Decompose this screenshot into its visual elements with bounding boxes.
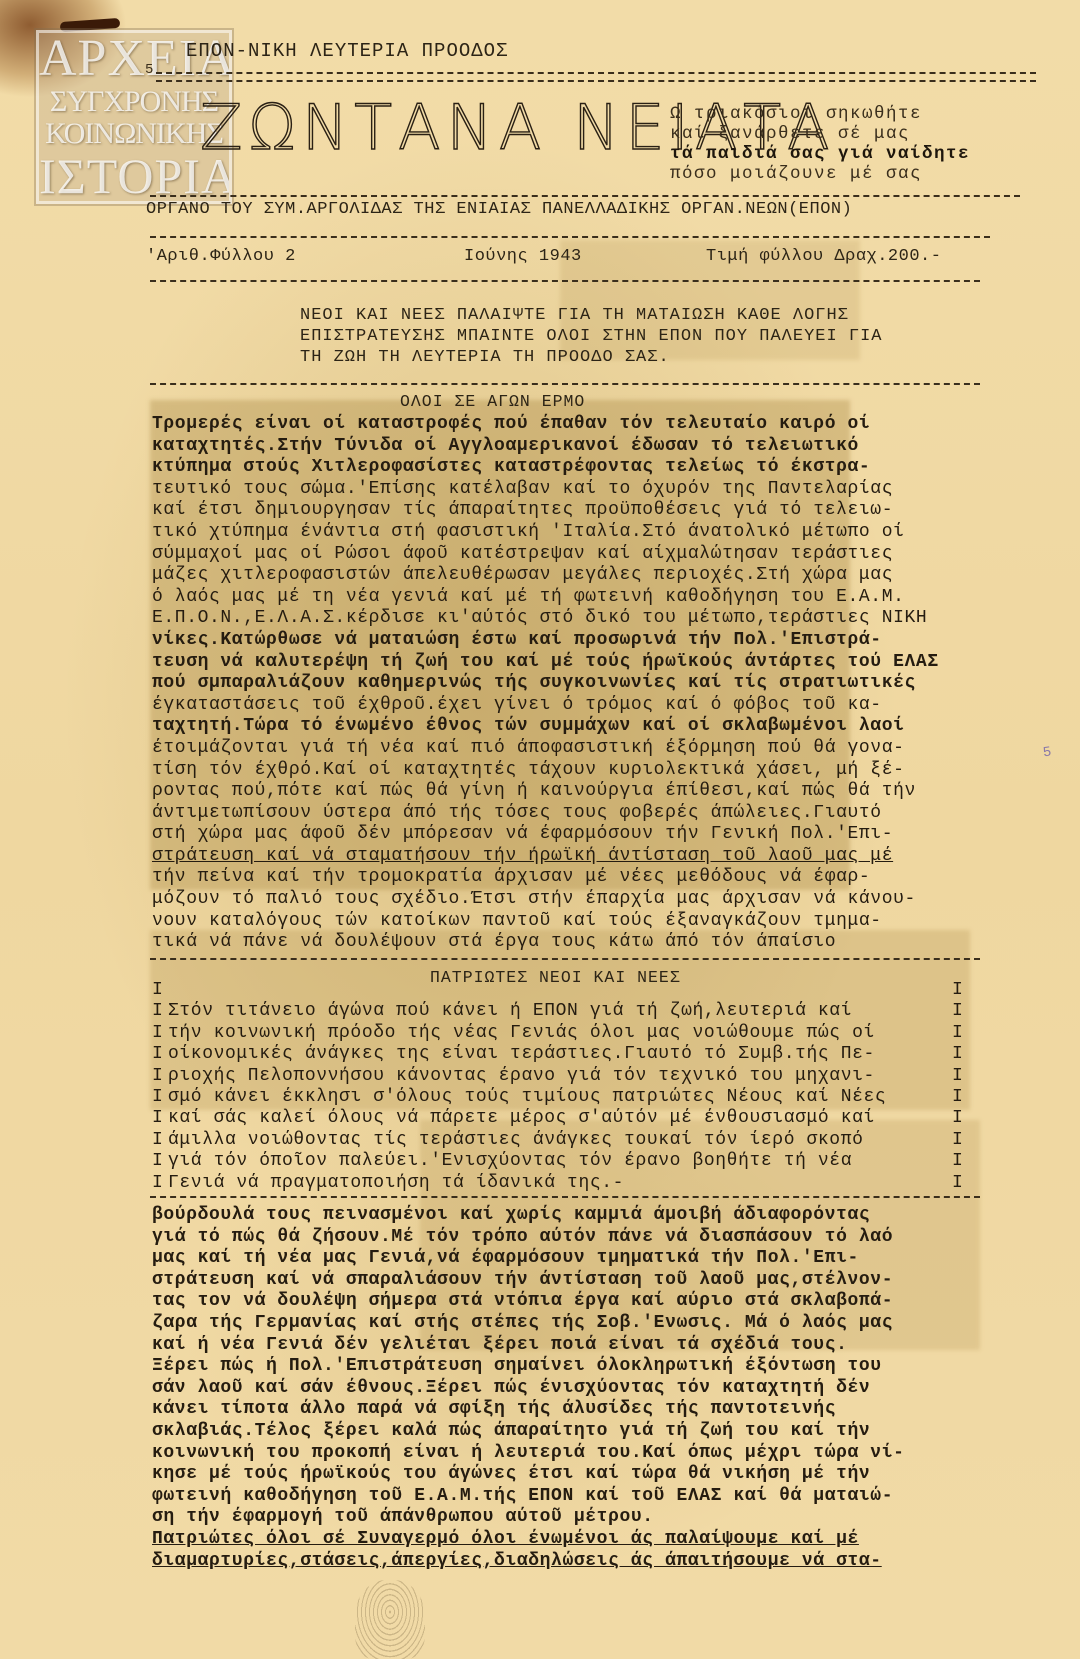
text-line: ταχτητή.Τώρα τό ένωμένο έθνος τών συμμάχ… (152, 716, 972, 738)
text-line: κτύπημα στούς Χιτλεροφασίστες καταστρέφο… (152, 457, 972, 479)
text-line: νίκες.Κατώρθωσε νά ματαιώση έστω καί προ… (152, 630, 972, 652)
box-border-char: I (152, 1087, 168, 1108)
headline-line: ΤΗ ΖΩΗ ΤΗ ΛΕΥΤΕΡΙΑ ΤΗ ΠΡΟΟΔΟ ΣΑΣ. (300, 347, 980, 368)
appeal-row: IΣτόν τιτάνειο άγώνα πού κάνει ή ΕΠΟΝ γι… (152, 1001, 972, 1022)
text-line: σκλαβιάς.Τέλος ξέρει καλά πώς άπαραίτητο… (152, 1421, 972, 1443)
text-line: τίση τόν έχθρό.Καί οί καταχτητές τάχουν … (152, 760, 972, 782)
box-border-char: I (152, 1044, 168, 1065)
text-line: τικό χτύπημα ένάντια στή φασιστική 'Ιταλ… (152, 522, 972, 544)
text-line: ζαρα τής Γερμανίας καί στής στέπες τής Σ… (152, 1313, 972, 1335)
text-line: φωτεινή καθοδήγηση τοῦ Ε.Α.Μ.τής ΕΠΟΝ κα… (152, 1486, 972, 1508)
text-line: νουν καταλόγους τών κατοίκων παντοῦ καί … (152, 911, 972, 933)
epigraph-line: καί ξανάρθετε σέ μας (670, 124, 970, 144)
page-number: 5 (145, 62, 153, 78)
text-line: ό λαός μας μέ τη νέα γενιά καί μέ τή φωτ… (152, 587, 972, 609)
text-line: μόζουν τό παλιό τους σχέδιο.Έτσι στήν έπ… (152, 889, 972, 911)
text-line: καί σάς καλεί όλους νά πάρετε μέρος σ'αύ… (168, 1108, 875, 1128)
article-body-continued: βούρδουλά τους πεινασμένοι καί χωρίς καμ… (152, 1205, 972, 1572)
box-border-char: I (952, 1173, 963, 1194)
box-border-char: I (152, 1001, 168, 1022)
epigraph-line: τά παιδιά σας γιά ναίδητε (670, 144, 970, 164)
text-line: έτοιμάζονται γιά τή νέα καί πιό άποφασισ… (152, 738, 972, 760)
epigraph-line: πόσο μοιάζουνε μέ σας (670, 164, 970, 184)
masthead-motto: ΕΠΟΝ-ΝΙΚΗ ΛΕΥΤΕΡΙΑ ΠΡΟΟΔΟΣ (186, 40, 508, 62)
text-line: μάζες χιτλεροφασιστών άπελευθέρωσαν μεγά… (152, 565, 972, 587)
text-line: ση τήν έφαρμογή τοῦ άπάνθρωπου αύτοῦ μέτ… (152, 1507, 972, 1529)
text-line: Γενιά νά πραγματοποιήση τά ίδανικά της.- (168, 1173, 624, 1193)
text-line: τήν πείνα καί τήν τρομοκρατία άρχισαν μέ… (152, 867, 972, 889)
text-line: σάν λαοῦ καί σάν έθνους.Ξέρει πώς ένισχύ… (152, 1378, 972, 1400)
text-line: κάνει τίποτα άλλο παρά νά σφίξη τής άλυσ… (152, 1399, 972, 1421)
text-line: καί ή νέα Γενιά δέν γελιέται ξέρει ποιά … (152, 1335, 972, 1357)
text-line: κοινωνική του προκοπή είναι ή λευτεριά τ… (152, 1443, 972, 1465)
text-line: στράτευση καί νά σπαραλιάσουν τήν άντίστ… (152, 1270, 972, 1292)
text-line: Ξέρει πώς ή Πολ.'Επιστράτευση σημαίνει ό… (152, 1356, 972, 1378)
text-line: στράτευση καί νά σταματήσουν τήν ήρωϊκή … (152, 846, 972, 868)
box-border-char: I (952, 1087, 963, 1108)
appeal-box: I I IΣτόν τιτάνειο άγώνα πού κάνει ή ΕΠΟ… (152, 980, 972, 1194)
appeal-row: Iάμιλλα νοιώθοντας τίς τεράστιες άνάγκες… (152, 1130, 972, 1151)
issue-price: Τιμή φύλλου Δραχ.200.- (706, 247, 941, 266)
publisher-line: ΟΡΓΑΝΟ ΤΟΥ ΣΥΜ.ΑΡΓΟΛΙΔΑΣ ΤΗΣ ΕΝΙΑΙΑΣ ΠΑΝ… (146, 200, 852, 219)
appeal-row: Iριοχής Πελοποννήσου κάνοντας έρανο γιά … (152, 1066, 972, 1087)
dashed-rule (150, 280, 980, 282)
headline: ΝΕΟΙ ΚΑΙ ΝΕΕΣ ΠΑΛΑΙΨΤΕ ΓΙΑ ΤΗ ΜΑΤΑΙΩΣΗ Κ… (300, 305, 980, 368)
box-border-char: I (152, 1151, 168, 1172)
fingerprint-smudge (355, 1580, 425, 1659)
text-line: άμιλλα νοιώθοντας τίς τεράστιες άνάγκες … (168, 1130, 864, 1150)
text-line: καί έτσι δημιουργησαν τίς άπαραίτητες πρ… (152, 500, 972, 522)
appeal-row: IΓενιά νά πραγματοποιήση τά ίδανικά της.… (152, 1173, 972, 1194)
text-line: τικά νά πάνε νά δουλέψουν στά έργα τους … (152, 932, 972, 954)
text-line: οίκονομικές άνάγκες της είναι τεράστιες.… (168, 1044, 875, 1064)
appeal-row: Iγιά τόν όποῖον παλεύει.'Ενισχύοντας τόν… (152, 1151, 972, 1172)
text-line: πού σμπαραλιάζουν καθημερινώς τής συγκοι… (152, 673, 972, 695)
text-line: καταχτητές.Στήν Τύνιδα οί Αγγλοαμερικανο… (152, 436, 972, 458)
text-line: σύμμαχοί μας οί Ρώσοι άφοῦ κατέστρεψαν κ… (152, 544, 972, 566)
dashed-rule (150, 1196, 980, 1198)
headline-line: ΕΠΙΣΤΡΑΤΕΥΣΗΣ ΜΠΑΙΝΤΕ ΟΛΟΙ ΣΤΗΝ ΕΠΟΝ ΠΟΥ… (300, 326, 980, 347)
text-line: γιά τό πώς θά ζήσουν.Μέ τόν τρόπο αύτόν … (152, 1227, 972, 1249)
text-line: Ε.Π.Ο.Ν.,Ε.Λ.Α.Σ.κέρδισε κι'αύτός στό δι… (152, 608, 972, 630)
box-border-char: I (952, 1023, 963, 1044)
appeal-row: I I (152, 980, 972, 1001)
box-border-char: I (952, 980, 963, 1001)
box-border-char: I (952, 1066, 963, 1087)
text-line: ροντας πού,πότε καί πώς θά γίνη ή καινού… (152, 781, 972, 803)
dashed-rule (150, 383, 980, 385)
text-line: τήν κοινωνική πρόοδο τής νέας Γενιάς όλο… (168, 1023, 875, 1043)
box-border-char: I (152, 1173, 168, 1194)
text-line: σμό κάνει έκκλησι σ'όλους τούς τιμίους π… (168, 1087, 886, 1107)
text-line: βούρδουλά τους πεινασμένοι καί χωρίς καμ… (152, 1205, 972, 1227)
text-line: Στόν τιτάνειο άγώνα πού κάνει ή ΕΠΟΝ γιά… (168, 1001, 852, 1021)
closing-line: διαμαρτυρίες,στάσεις,άπεργίες,διαδηλώσει… (152, 1551, 972, 1573)
epigraph: Ω τριακόσιοι σηκωθήτε καί ξανάρθετε σέ μ… (670, 104, 970, 184)
appeal-row: Iκαί σάς καλεί όλους νά πάρετε μέρος σ'α… (152, 1108, 972, 1129)
text-line: γιά τόν όποῖον παλεύει.'Ενισχύοντας τόν … (168, 1151, 852, 1171)
issue-date: Ιούνης 1943 (464, 247, 582, 266)
box-border-char: I (152, 980, 168, 1001)
box-border-char: I (952, 1044, 963, 1065)
box-border-char: I (952, 1130, 963, 1151)
box-border-char: I (952, 1151, 963, 1172)
text-line: στή χώρα μας άφοῦ δέν μπόρεσαν νά έφαρμό… (152, 824, 972, 846)
text-line: τευση νά καλυτερέψη τή ζωή του καί μέ το… (152, 652, 972, 674)
article-title: ΟΛΟΙ ΣΕ ΑΓΩΝ ΕΡΜΟ (400, 392, 585, 411)
issue-number: 'Αριθ.Φύλλου 2 (146, 247, 296, 266)
dashed-rule (150, 195, 1020, 197)
text-line: Τρομερές είναι οί καταστροφές πού έπαθαν… (152, 414, 972, 436)
text-line: άντιμετωπίσουν ύστερα άπό τής τόσες τους… (152, 803, 972, 825)
appeal-row: Iσμό κάνει έκκλησι σ'όλους τούς τιμίους … (152, 1087, 972, 1108)
box-border-char: I (152, 1108, 168, 1129)
appeal-row: Iτήν κοινωνική πρόοδο τής νέας Γενιάς όλ… (152, 1023, 972, 1044)
box-border-char: I (152, 1130, 168, 1151)
text-line: τας τον νά δουλέψη σήμερα στά ντόπια έργ… (152, 1291, 972, 1313)
appeal-row: Iοίκονομικές άνάγκες της είναι τεράστιες… (152, 1044, 972, 1065)
closing-line: Πατριώτες όλοι σέ Συναγερμό όλοι ένωμένο… (152, 1529, 972, 1551)
text-line: κησε μέ τούς ήρωϊκούς του άγώνες έτσι κα… (152, 1464, 972, 1486)
text-line: ριοχής Πελοποννήσου κάνοντας έρανο γιά τ… (168, 1066, 875, 1086)
dashed-rule (156, 80, 1036, 82)
dashed-rule (150, 236, 990, 238)
box-border-char: I (952, 1108, 963, 1129)
text-line: έγκαταστάσεις τοῦ έχθροῦ.έχει γίνει ό τρ… (152, 695, 972, 717)
headline-line: ΝΕΟΙ ΚΑΙ ΝΕΕΣ ΠΑΛΑΙΨΤΕ ΓΙΑ ΤΗ ΜΑΤΑΙΩΣΗ Κ… (300, 305, 980, 326)
box-border-char: I (952, 1001, 963, 1022)
box-border-char: I (152, 1066, 168, 1087)
text-line: τευτικό τους σώμα.'Επίσης κατέλαβαν καί … (152, 479, 972, 501)
dashed-rule (156, 72, 1036, 74)
text-line: μας καί τή νέα μας Γενιά,νά έφαρμόσουν τ… (152, 1248, 972, 1270)
article-body: Τρομερές είναι οί καταστροφές πού έπαθαν… (152, 414, 972, 954)
epigraph-line: Ω τριακόσιοι σηκωθήτε (670, 104, 970, 124)
dashed-rule (150, 958, 980, 960)
box-border-char: I (152, 1023, 168, 1044)
